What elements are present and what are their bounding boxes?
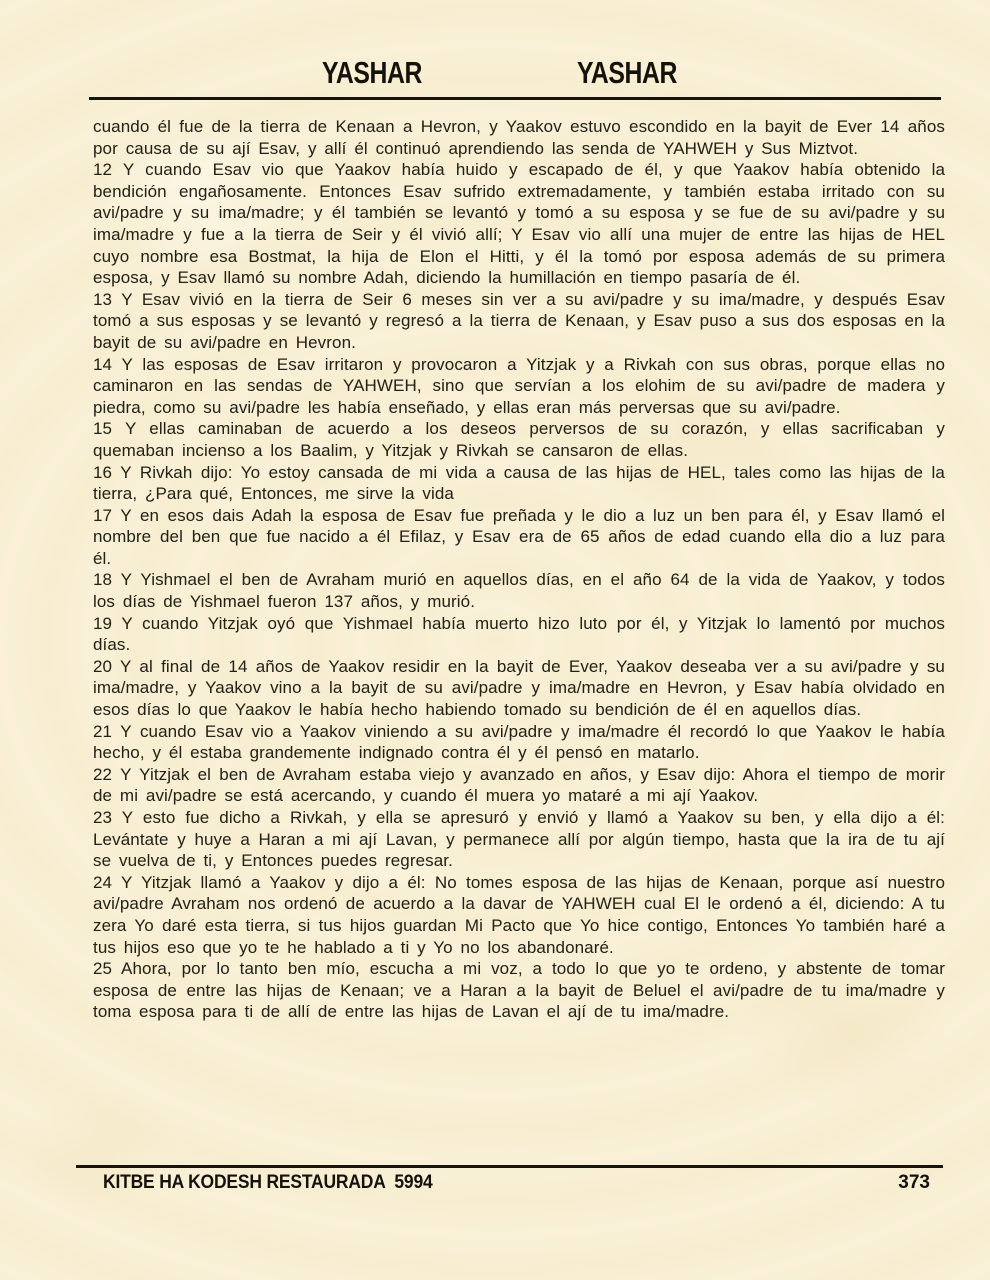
verse-paragraph-20: 20 Y al final de 14 años de Yaakov resid… — [93, 656, 945, 721]
verse-paragraph-17: 17 Y en esos dais Adah la esposa de Esav… — [93, 505, 945, 570]
verse-paragraph-16: 16 Y Rivkah dijo: Yo estoy cansada de mi… — [93, 462, 945, 505]
header-rule — [89, 97, 941, 100]
footer-rule — [76, 1165, 943, 1168]
verse-paragraph-18: 18 Y Yishmael el ben de Avraham murió en… — [93, 569, 945, 612]
verse-paragraph-23: 23 Y esto fue dicho a Rivkah, y ella se … — [93, 807, 945, 872]
verse-paragraph-25: 25 Ahora, por lo tanto ben mío, escucha … — [93, 958, 945, 1023]
verse-paragraph-continuation: cuando él fue de la tierra de Kenaan a H… — [93, 116, 945, 159]
footer-book-title: KITBE HA KODESH RESTAURADA 5994 — [103, 1172, 433, 1194]
page-footer: KITBE HA KODESH RESTAURADA 5994 373 — [103, 1172, 930, 1194]
running-title-right: YASHAR — [577, 56, 677, 90]
verse-paragraph-24: 24 Y Yitzjak llamó a Yaakov y dijo a él:… — [93, 872, 945, 958]
verse-paragraph-19: 19 Y cuando Yitzjak oyó que Yishmael hab… — [93, 613, 945, 656]
footer-page-number: 373 — [898, 1172, 930, 1194]
verse-paragraph-21: 21 Y cuando Esav vio a Yaakov viniendo a… — [93, 721, 945, 764]
verse-paragraph-14: 14 Y las esposas de Esav irritaron y pro… — [93, 354, 945, 419]
verse-paragraph-12: 12 Y cuando Esav vio que Yaakov había hu… — [93, 159, 945, 289]
verse-text-block: cuando él fue de la tierra de Kenaan a H… — [93, 116, 945, 1023]
running-title-left: YASHAR — [322, 56, 422, 90]
verse-paragraph-22: 22 Y Yitzjak el ben de Avraham estaba vi… — [93, 764, 945, 807]
verse-paragraph-13: 13 Y Esav vivió en la tierra de Seir 6 m… — [93, 289, 945, 354]
verse-paragraph-15: 15 Y ellas caminaban de acuerdo a los de… — [93, 418, 945, 461]
document-page: YASHAR YASHAR cuando él fue de la tierra… — [0, 0, 990, 1280]
